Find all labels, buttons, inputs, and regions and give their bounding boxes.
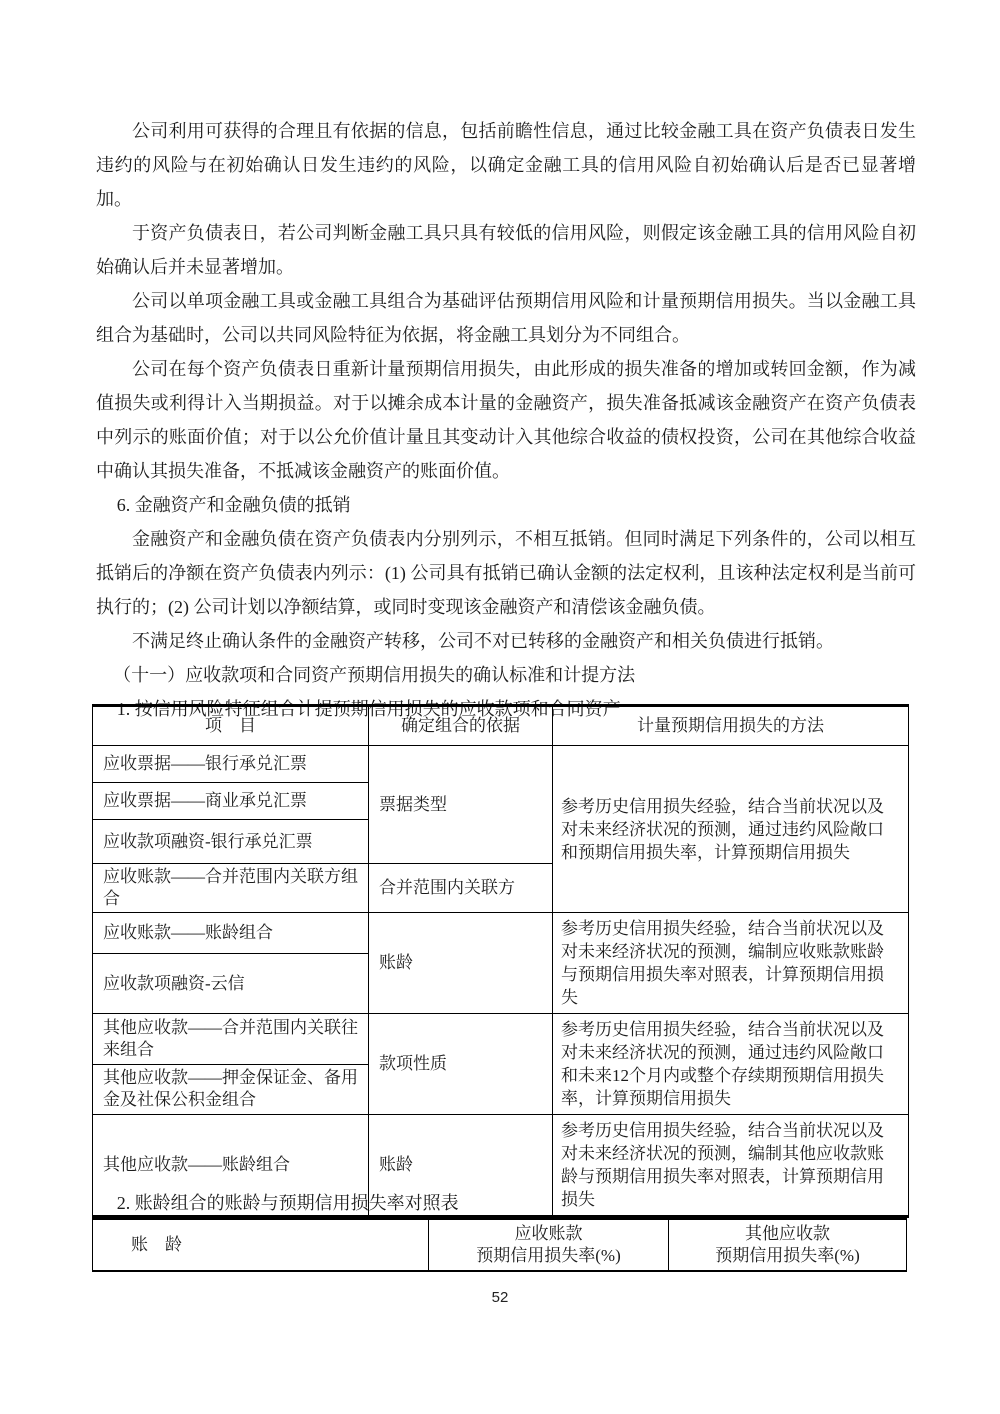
document-page: 公司利用可获得的合理且有依据的信息，包括前瞻性信息，通过比较金融工具在资产负债表…: [0, 0, 1000, 1414]
method-cell: 参考历史信用损失经验，结合当前状况以及对未来经济状况的预测，通过违约风险敞口和预…: [553, 746, 909, 913]
basis-cell: 合并范围内关联方: [369, 864, 553, 913]
subsection-heading-2: 2. 账龄组合的账龄与预期信用损失率对照表: [96, 1191, 916, 1215]
t2-header-receivables: 应收账款 预期信用损失率(%): [429, 1219, 669, 1272]
table-row-item: 其他应收款——合并范围内关联往来组合: [93, 1014, 369, 1065]
table-row-item: 应收票据——商业承兑汇票: [93, 783, 369, 820]
section-heading-offset: 6. 金融资产和金融负债的抵销: [96, 488, 916, 522]
basis-cell: 账龄: [369, 913, 553, 1014]
table-row-item: 应收款项融资-银行承兑汇票: [93, 820, 369, 864]
t1-header-method: 计量预期信用损失的方法: [553, 706, 909, 746]
basis-cell: 款项性质: [369, 1014, 553, 1115]
paragraph-instrument-groups: 公司以单项金融工具或金融工具组合为基础评估预期信用风险和计量预期信用损失。当以金…: [96, 284, 916, 352]
t1-header-item: 项 目: [93, 706, 369, 746]
body-text: 公司利用可获得的合理且有依据的信息，包括前瞻性信息，通过比较金融工具在资产负债表…: [96, 114, 916, 726]
t2-header-receivables-line2: 预期信用损失率(%): [433, 1245, 664, 1267]
paragraph-remeasure-ecl: 公司在每个资产负债表日重新计量预期信用损失，由此形成的损失准备的增加或转回金额，…: [96, 352, 916, 488]
method-cell: 参考历史信用损失经验，结合当前状况以及对未来经济状况的预测，编制应收账款账龄与预…: [553, 913, 909, 1014]
t2-header-aging: 账 龄: [93, 1219, 429, 1272]
page-number: 52: [0, 1289, 1000, 1306]
table-row-item: 应收款项融资-云信: [93, 954, 369, 1014]
t2-header-other-line2: 预期信用损失率(%): [673, 1245, 902, 1267]
table-row-item: 其他应收款——押金保证金、备用金及社保公积金组合: [93, 1064, 369, 1115]
t2-header-receivables-line1: 应收账款: [433, 1223, 664, 1245]
table-row-item: 应收票据——银行承兑汇票: [93, 746, 369, 783]
paragraph-credit-risk-info: 公司利用可获得的合理且有依据的信息，包括前瞻性信息，通过比较金融工具在资产负债表…: [96, 114, 916, 216]
section-heading-eleven: （十一）应收款项和合同资产预期信用损失的确认标准和计提方法: [96, 658, 916, 692]
t2-header-other-line1: 其他应收款: [673, 1223, 902, 1245]
method-cell: 参考历史信用损失经验，结合当前状况以及对未来经济状况的预测，通过违约风险敞口和未…: [553, 1014, 909, 1115]
paragraph-offset-conditions: 金融资产和金融负债在资产负债表内分别列示，不相互抵销。但同时满足下列条件的，公司…: [96, 522, 916, 624]
table-row-item: 应收账款——账龄组合: [93, 913, 369, 954]
paragraph-transfer-no-offset: 不满足终止确认条件的金融资产转移，公司不对已转移的金融资产和相关负债进行抵销。: [96, 624, 916, 658]
aging-loss-rate-table: 账 龄 应收账款 预期信用损失率(%) 其他应收款 预期信用损失率(%): [92, 1217, 907, 1272]
table-row-item: 应收账款——合并范围内关联方组合: [93, 864, 369, 913]
t1-header-basis: 确定组合的依据: [369, 706, 553, 746]
basis-cell: 票据类型: [369, 746, 553, 864]
t2-header-other-receivables: 其他应收款 预期信用损失率(%): [669, 1219, 907, 1272]
credit-loss-portfolio-table: 项 目 确定组合的依据 计量预期信用损失的方法 应收票据——银行承兑汇票 票据类…: [92, 704, 909, 1218]
paragraph-balance-sheet-date: 于资产负债表日，若公司判断金融工具只具有较低的信用风险，则假定该金融工具的信用风…: [96, 216, 916, 284]
